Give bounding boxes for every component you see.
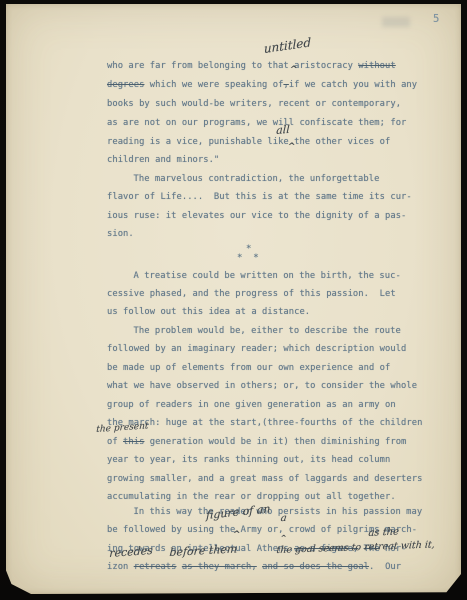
typed-text: group of readers in one given generation…	[107, 400, 396, 410]
typed-text: what we have observed in others; or, to …	[107, 381, 417, 391]
typescript-line: izon retreats as they march, and so does…	[107, 562, 401, 573]
typescript-line: children and minors."	[107, 155, 219, 166]
typescript-line: followed by an imaginary reader; which d…	[107, 344, 406, 355]
typescript-line: accumulating in the rear or dropping out…	[107, 492, 396, 503]
typed-text: flavor of Life.... But this is at the sa…	[107, 192, 412, 202]
typescript-line: cessive phased, and the progress of this…	[107, 289, 396, 300]
typescript-line: The problem would be, either to describe…	[134, 326, 401, 337]
page-number: 5	[433, 13, 439, 25]
typed-text: A treatise could be written on the birth…	[134, 271, 401, 281]
insertion-caret: ^	[289, 65, 298, 75]
struck-text: and so does the goal	[262, 562, 369, 572]
typescript-line: degrees which we were speaking of,if we …	[107, 80, 417, 91]
typed-text: which we were speaking of	[144, 80, 283, 90]
typed-text: be made up of elements from our own expe…	[107, 363, 390, 373]
struck-text: without	[358, 61, 395, 71]
typescript-line: ious ruse: it elevates our vice to the d…	[107, 211, 406, 222]
insertion-caret: ^	[287, 142, 296, 152]
typed-text: as are not on our programs, we will conf…	[107, 118, 406, 128]
handwritten-figure-of-an: figure of an	[206, 502, 270, 522]
typed-text: us follow out this idea at a distance.	[107, 307, 310, 317]
typed-text: reading is a vice, punishable like the o…	[107, 137, 390, 147]
struck-text: degrees	[107, 80, 144, 90]
typed-text: the march: huge at the start,(three-four…	[107, 418, 422, 428]
typescript-line: sion.	[107, 229, 134, 240]
typed-text: generation would be in it) then diminish…	[144, 437, 406, 447]
typed-text: accumulating in the rear or dropping out…	[107, 492, 396, 502]
typed-text: followed by an imaginary reader; which d…	[107, 344, 406, 354]
typescript-line: who are far from belonging to that arist…	[107, 61, 396, 72]
handwritten-before-them: before them	[169, 542, 238, 559]
typescript-line: year to year, its ranks thinning out, it…	[107, 455, 390, 466]
typed-text: year to year, its ranks thinning out, it…	[107, 455, 390, 465]
separator-row-2: * *	[237, 253, 259, 263]
typed-text: cessive phased, and the progress of this…	[107, 289, 396, 299]
handwritten-a: a	[280, 513, 287, 524]
typescript-line: In this way the reader who persists in h…	[134, 507, 423, 518]
handwritten-recedes: recedes	[109, 544, 153, 560]
typed-text: The problem would be, either to describe…	[134, 326, 401, 336]
typescript-line: reading is a vice, punishable like the o…	[107, 137, 390, 148]
typed-text: children and minors."	[107, 155, 219, 165]
faint-stamp	[382, 17, 410, 27]
typed-text: books by such would-be writers, recent o…	[107, 99, 401, 109]
typed-text: ious ruse: it elevates our vice to the d…	[107, 211, 406, 221]
insertion-caret: ^	[232, 530, 241, 540]
struck-text: this	[123, 437, 144, 447]
typed-text: The marvelous contradiction, the unforge…	[134, 174, 380, 184]
struck-text: as they march,	[182, 562, 257, 572]
handwritten-as-the: as the	[368, 526, 399, 539]
typescript-line: group of readers in one given generation…	[107, 400, 396, 411]
handwritten-the-present: the present	[96, 421, 149, 435]
typescript-line: flavor of Life.... But this is at the sa…	[107, 192, 412, 203]
typescript-line: of this generation would be in it) then …	[107, 437, 406, 448]
handwritten-untitled: untitled	[264, 35, 311, 56]
typed-text: if we catch you with any	[289, 80, 417, 90]
typescript-line: as are not on our programs, we will conf…	[107, 118, 406, 129]
typed-text: . Our	[369, 562, 401, 572]
handwritten-all: all	[276, 123, 290, 137]
typescript-line: the march: huge at the start,(three-four…	[107, 418, 422, 429]
manuscript-page: 5 who are far from belonging to that ari…	[6, 4, 461, 594]
typed-text: In this way the reader who persists in h…	[134, 507, 423, 517]
typed-text: growing smaller, and a great mass of lag…	[107, 474, 422, 484]
struck-text: retreats	[134, 562, 177, 572]
typescript-line: be made up of elements from our own expe…	[107, 363, 390, 374]
typed-text: izon	[107, 562, 134, 572]
typescript-line: The marvelous contradiction, the unforge…	[134, 174, 380, 185]
typed-text: of	[107, 437, 123, 447]
typescript-line: growing smaller, and a great mass of lag…	[107, 474, 422, 485]
typescript-line: us follow out this idea at a distance.	[107, 307, 310, 318]
typed-text: who are far from belonging to that arist…	[107, 61, 358, 71]
typescript-line: A treatise could be written on the birth…	[134, 271, 401, 282]
typed-text: sion.	[107, 229, 134, 239]
photo-frame: 5 who are far from belonging to that ari…	[0, 0, 467, 600]
typescript-line: books by such would-be writers, recent o…	[107, 99, 401, 110]
insertion-caret: ^	[280, 533, 287, 542]
typescript-line: what we have observed in others; or, to …	[107, 381, 417, 392]
